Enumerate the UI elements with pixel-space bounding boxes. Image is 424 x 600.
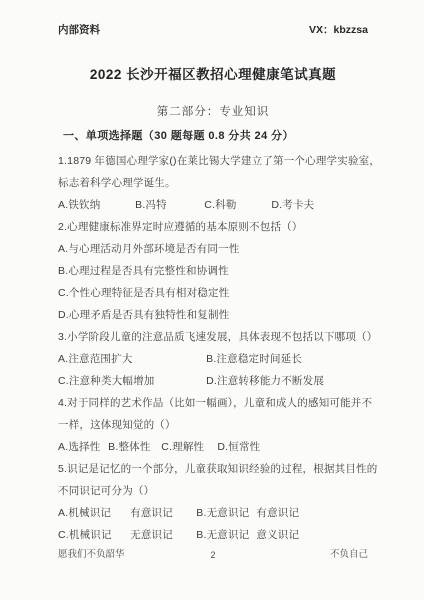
q5-option-d-second: 意义识记 (256, 524, 299, 546)
q3-stem: 3.小学阶段儿童的注意品质飞速发展，具体表现不包括以下哪项（） (58, 326, 368, 348)
q4-stem-line1: 4.对于同样的艺术作品（比如一幅画），儿童和成人的感知可能并不 (58, 392, 368, 414)
q5-option-b-second: 有意识记 (256, 502, 299, 524)
q1-option-b: B.冯特 (135, 194, 201, 216)
page-number: 2 (210, 548, 215, 562)
q5-options-row-1: A.机械识记 有意识记 B.无意识记 有意识记 (58, 502, 368, 524)
q1-options-row: A.铁钦纳 B.冯特 C.科勒 D.考卡夫 (58, 194, 368, 216)
q4-stem-line2: 一样，这体现知觉的（） (58, 414, 368, 436)
q2-option-d: D.心理矛盾是否具有独特性和复制性 (58, 304, 368, 326)
page-footer: 愿我们不负韶华 2 不负自己 (58, 548, 368, 562)
q3-options-row-2: C.注意种类大幅增加 D.注意转移能力不断发展 (58, 370, 368, 392)
q5-option-a-label: A.机械识记 (58, 502, 127, 524)
q3-options-row-1: A.注意范围扩大 B.注意稳定时间延长 (58, 348, 368, 370)
question-list: 1.1879 年德国心理学家()在莱比锡大学建立了第一个心理学实验室， 标志着科… (58, 150, 368, 546)
q4-option-a: A.选择性 (58, 436, 105, 458)
header-left-label: 内部资料 (58, 24, 100, 37)
q3-option-d: D.注意转移能力不断发展 (206, 370, 324, 392)
section-heading: 一、单项选择题（30 题每题 0.8 分共 24 分） (63, 128, 368, 144)
q1-stem-line1: 1.1879 年德国心理学家()在莱比锡大学建立了第一个心理学实验室， (58, 150, 368, 172)
q2-option-a: A.与心理活动月外部环境是否有同一性 (58, 238, 368, 260)
document-title: 2022 长沙开福区教招心理健康笔试真题 (58, 66, 368, 84)
q1-option-d: D.考卡夫 (271, 194, 314, 216)
q3-option-c: C.注意种类大幅增加 (58, 370, 203, 392)
q5-option-c-label: C.机械识记 (58, 524, 127, 546)
q5-option-c-second: 无意识记 (130, 524, 193, 546)
q2-option-b: B.心理过程是否具有完整性和协调性 (58, 260, 368, 282)
q3-option-b: B.注意稳定时间延长 (206, 348, 302, 370)
page-header: 内部资料 VX：kbzzsa (58, 24, 368, 37)
q4-option-d: D.恒常性 (217, 436, 260, 458)
q2-option-c: C.个性心理特征是否具有相对稳定性 (58, 282, 368, 304)
q4-option-c: C.理解性 (161, 436, 214, 458)
document-page: 内部资料 VX：kbzzsa 2022 长沙开福区教招心理健康笔试真题 第二部分… (0, 0, 424, 600)
q1-stem-line2: 标志着科学心理学诞生。 (58, 172, 368, 194)
q5-option-b-label: B.无意识记 (196, 502, 253, 524)
q3-option-a: A.注意范围扩大 (58, 348, 203, 370)
footer-left-label: 愿我们不负韶华 (58, 548, 125, 562)
q5-option-a-second: 有意识记 (130, 502, 193, 524)
q2-stem: 2.心理健康标准界定时应遵循的基本原则不包括（） (58, 216, 368, 238)
header-right-label: VX：kbzzsa (309, 24, 368, 37)
q5-option-d-label: B.无意识记 (196, 524, 253, 546)
q1-option-c: C.科勒 (204, 194, 268, 216)
q4-option-b: B.整体性 (108, 436, 158, 458)
q5-stem-line2: 不同识记可分为（） (58, 480, 368, 502)
q5-stem-line1: 5.识记是记忆的一个部分，儿童获取知识经验的过程，根据其目性的 (58, 458, 368, 480)
footer-right-label: 不负自己 (330, 548, 368, 562)
q4-options-row: A.选择性 B.整体性 C.理解性 D.恒常性 (58, 436, 368, 458)
q5-options-row-2: C.机械识记 无意识记 B.无意识记 意义识记 (58, 524, 368, 546)
part-subtitle: 第二部分：专业知识 (58, 105, 368, 120)
q1-option-a: A.铁钦纳 (58, 194, 132, 216)
